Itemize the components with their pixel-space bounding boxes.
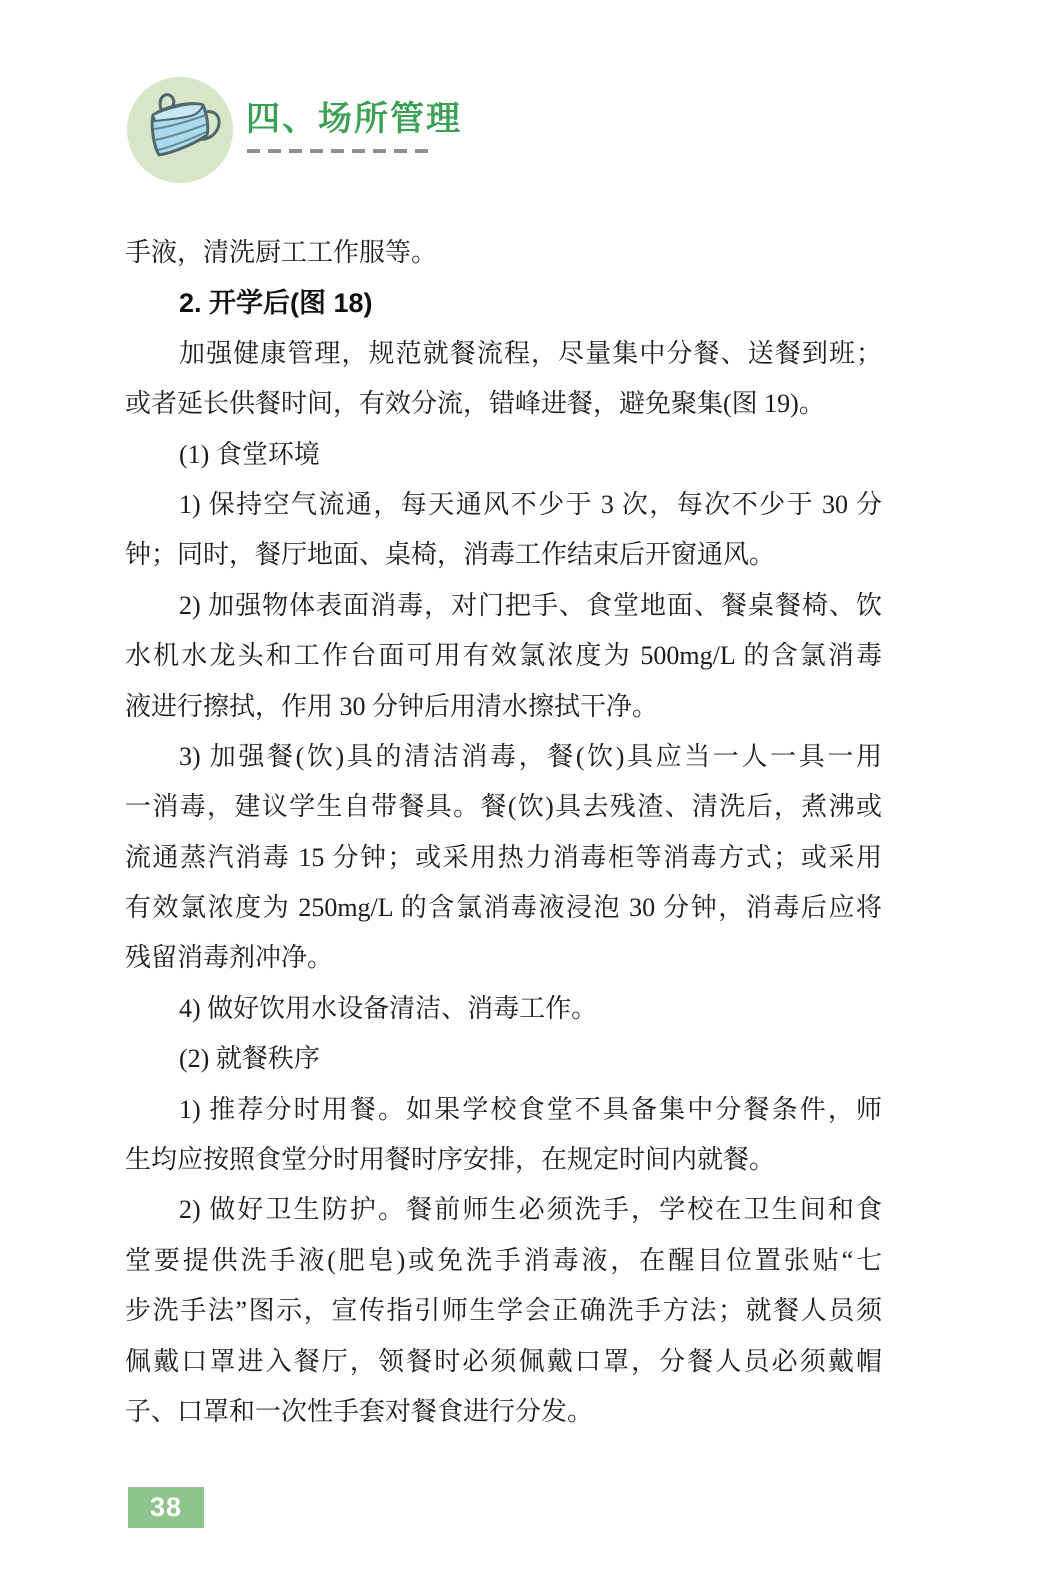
text-line: 液进行擦拭，作用 30 分钟后用清水擦拭干净。 [125, 682, 882, 732]
text-line: 2) 做好卫生防护。餐前师生必须洗手，学校在卫生间和食 [125, 1185, 882, 1235]
text-line: 佩戴口罩进入餐厅，领餐时必须佩戴口罩，分餐人员必须戴帽 [125, 1337, 882, 1387]
document-page: 四、场所管理 手液，清洗厨工工作服等。2. 开学后(图 18)加强健康管理，规范… [0, 0, 1058, 1587]
face-mask-icon [127, 77, 233, 183]
text-line: 钟；同时，餐厅地面、桌椅，消毒工作结束后开窗通风。 [125, 530, 882, 580]
text-line: 一消毒，建议学生自带餐具。餐(饮)具去残渣、清洗后，煮沸或 [125, 782, 882, 832]
text-line: 生均应按照食堂分时用餐时序安排，在规定时间内就餐。 [125, 1135, 882, 1185]
page-number-badge: 38 [128, 1487, 204, 1528]
text-line: 加强健康管理，规范就餐流程，尽量集中分餐、送餐到班； [125, 329, 882, 379]
text-line: 有效氯浓度为 250mg/L 的含氯消毒液浸泡 30 分钟，消毒后应将 [125, 883, 882, 933]
text-line: 或者延长供餐时间，有效分流，错峰进餐，避免聚集(图 19)。 [125, 379, 882, 429]
section-title: 四、场所管理 [246, 101, 462, 138]
text-line: 3) 加强餐(饮)具的清洁消毒，餐(饮)具应当一人一具一用 [125, 732, 882, 782]
text-line: 4) 做好饮用水设备清洁、消毒工作。 [125, 984, 882, 1034]
text-line: 1) 保持空气流通，每天通风不少于 3 次，每次不少于 30 分 [125, 480, 882, 530]
text-line: (1) 食堂环境 [125, 430, 882, 480]
text-line: 手液，清洗厨工工作服等。 [125, 228, 882, 278]
text-line: 子、口罩和一次性手套对餐食进行分发。 [125, 1387, 882, 1437]
body-text-block: 手液，清洗厨工工作服等。2. 开学后(图 18)加强健康管理，规范就餐流程，尽量… [125, 228, 882, 1437]
text-line: 水机水龙头和工作台面可用有效氯浓度为 500mg/L 的含氯消毒 [125, 631, 882, 681]
header-dashed-divider [247, 149, 431, 153]
text-line: (2) 就餐秩序 [125, 1034, 882, 1084]
text-line: 步洗手法”图示，宣传指引师生学会正确洗手方法；就餐人员须 [125, 1286, 882, 1336]
page-number: 38 [150, 1492, 182, 1523]
text-line: 堂要提供洗手液(肥皂)或免洗手消毒液，在醒目位置张贴“七 [125, 1236, 882, 1286]
face-mask-illustration [127, 77, 233, 183]
text-line: 2) 加强物体表面消毒，对门把手、食堂地面、餐桌餐椅、饮 [125, 581, 882, 631]
heading-line: 2. 开学后(图 18) [125, 278, 882, 328]
text-line: 残留消毒剂冲净。 [125, 933, 882, 983]
text-line: 流通蒸汽消毒 15 分钟；或采用热力消毒柜等消毒方式；或采用 [125, 833, 882, 883]
text-line: 1) 推荐分时用餐。如果学校食堂不具备集中分餐条件，师 [125, 1085, 882, 1135]
